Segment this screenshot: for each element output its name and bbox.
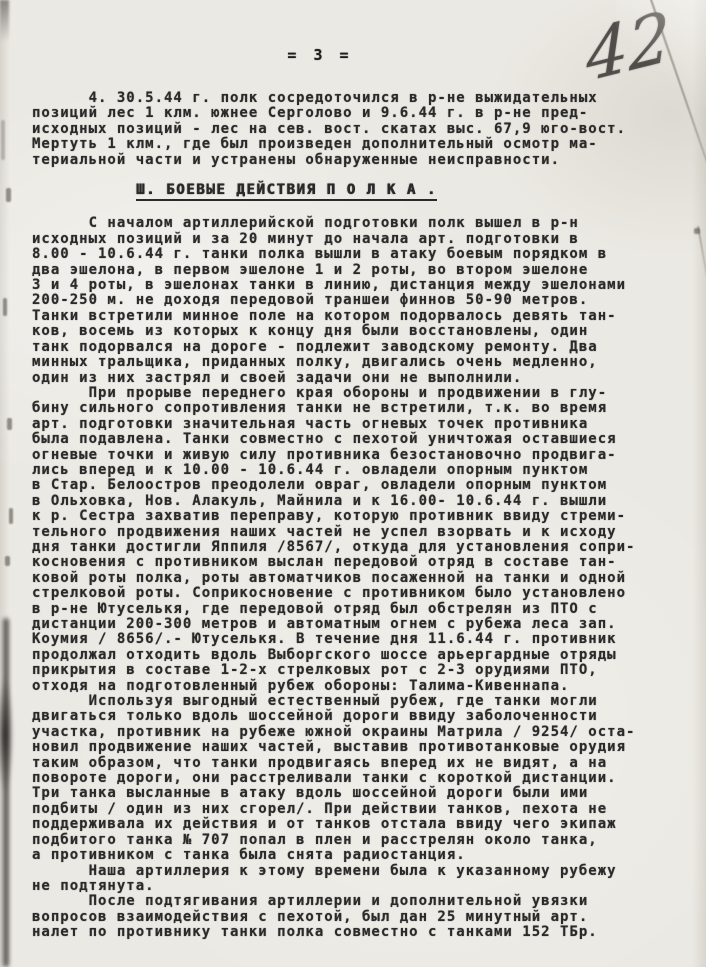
typed-line: С началом артиллерийской подготовки полк… (32, 216, 684, 231)
typed-line: 8.00 - 10.6.44 г. танки полка вышли в ат… (32, 247, 684, 262)
typed-line: вопросов взаимодействия с пехотой, был д… (32, 910, 684, 925)
typed-line: подбитого танка № 707 попал в плен и рас… (32, 833, 684, 848)
typed-line: Мертуть 1 клм., где был произведен допол… (32, 137, 684, 152)
typed-line: к р. Сестра захватив переправу, которую … (32, 509, 684, 524)
typed-line: исходных позиций - лес на сев. вост. ска… (32, 122, 684, 137)
typed-line: не подтянута. (32, 879, 684, 894)
typed-line: тельного продвижения наших частей не усп… (32, 525, 684, 540)
typed-line: была подавлена. Танки совместно с пехото… (32, 432, 684, 447)
typed-line: в р-не Ютуселькя, где передовой отряд бы… (32, 602, 684, 617)
typed-line: в Стар. Белоостров преодолели овраг, овл… (32, 478, 684, 493)
handwritten-page-number: 42 (585, 0, 672, 98)
section-heading-text: Ш. БОЕВЫЕ ДЕЙСТВИЯ П О Л К А . (136, 183, 437, 201)
paragraph: Наша артиллерия к этому времени была к у… (32, 864, 684, 895)
typed-line: Наша артиллерия к этому времени была к у… (32, 864, 684, 879)
paragraph: С началом артиллерийской подготовки полк… (32, 216, 684, 385)
typed-line: Танки встретили минное поле на котором п… (32, 309, 684, 324)
typed-line: двигаться только вдоль шоссейной дороги … (32, 709, 684, 724)
paper-speck (694, 228, 700, 234)
typed-line: отходя на подготовленный рубеж обороны: … (32, 679, 684, 694)
paper-speck (7, 418, 12, 430)
typed-line: Три танка высланные в атаку вдоль шоссей… (32, 786, 684, 801)
typed-line: один из них застрял и своей задачи они н… (32, 371, 684, 386)
typed-line: таким образом, что танки продвигаясь впе… (32, 756, 684, 771)
paper-speck (5, 556, 10, 566)
typed-line: дистанции 200-300 метров и автоматным ог… (32, 617, 684, 632)
typed-line: а противником с танка была снята радиост… (32, 848, 684, 863)
binding-ink-blob (0, 676, 14, 794)
typed-line: новил продвижение наших частей, выставив… (32, 740, 684, 755)
page-number: = 3 = (0, 46, 673, 64)
section-heading: Ш. БОЕВЫЕ ДЕЙСТВИЯ П О Л К А . (136, 183, 684, 201)
typed-line: При прорыве переднего края обороны и про… (32, 386, 684, 401)
typed-line: 200-250 м. не доходя передовой траншеи ф… (32, 293, 684, 308)
paper-crease-tail (697, 226, 706, 315)
typed-line: После подтягивания артиллерии и дополнит… (32, 894, 684, 909)
paper-speck (1, 120, 5, 160)
typed-line: ковой роты полка, роты автоматчиков поса… (32, 571, 684, 586)
typed-line: участка, противник на рубеже южной окраи… (32, 725, 684, 740)
typed-line: исходных позиций и за 20 минут до начала… (32, 232, 684, 247)
typed-line: в Ольховка, Нов. Алакуль, Майнила и к 16… (32, 494, 684, 509)
typed-line: териальной части и устранены обнаруженны… (32, 153, 684, 168)
typed-line: арт. подготовки значительная часть огнев… (32, 417, 684, 432)
paper-speck (9, 508, 13, 524)
typed-line: косновения с противником выслан передово… (32, 555, 684, 570)
typed-line: стрелковой роты. Соприкосновение с проти… (32, 586, 684, 601)
paragraph: Используя выгодный естественный рубеж, г… (32, 694, 684, 863)
paper-speck (6, 188, 11, 202)
typed-line: налет по противнику танки полка совместн… (32, 925, 684, 940)
scanned-page: = 3 = 42 4. 30.5.44 г. полк сосредоточил… (0, 0, 706, 967)
typed-line: поддерживала их действия и от танков отс… (32, 817, 684, 832)
typed-line: лись вперед и к 10.00 - 10.6.44 г. овлад… (32, 463, 684, 478)
typed-line: продолжал отходить вдоль Выборгского шос… (32, 648, 684, 663)
typed-line: Коумия / 8656/.- Ютуселькя. В течение дн… (32, 632, 684, 647)
typed-line: прикрытия в составе 1-2-х стрелковых рот… (32, 663, 684, 678)
typed-line: бину сильного сопротивления танки не вст… (32, 401, 684, 416)
typed-line: танк подорвался на дороге - подлежит зав… (32, 340, 684, 355)
paper-speck (3, 298, 7, 316)
typed-line: огневые точки и живую силу противника бе… (32, 448, 684, 463)
paragraph: После подтягивания артиллерии и дополнит… (32, 894, 684, 940)
typed-line: минных тральщика, приданных полку, двига… (32, 355, 684, 370)
typed-line: подбиты / один из них сгорел/. При дейст… (32, 802, 684, 817)
typed-line: позиций лес 1 клм. южнее Серголово и 9.6… (32, 106, 684, 121)
paragraph: 4. 30.5.44 г. полк сосредоточился в р-не… (32, 91, 684, 168)
typed-line: ков, восемь из которых к концу дня были … (32, 324, 684, 339)
typed-line: два эшелона, в первом эшелоне 1 и 2 роты… (32, 263, 684, 278)
paragraph: При прорыве переднего края обороны и про… (32, 386, 684, 694)
document-body: 4. 30.5.44 г. полк сосредоточился в р-не… (32, 91, 684, 941)
edge-smudge (0, 0, 9, 42)
